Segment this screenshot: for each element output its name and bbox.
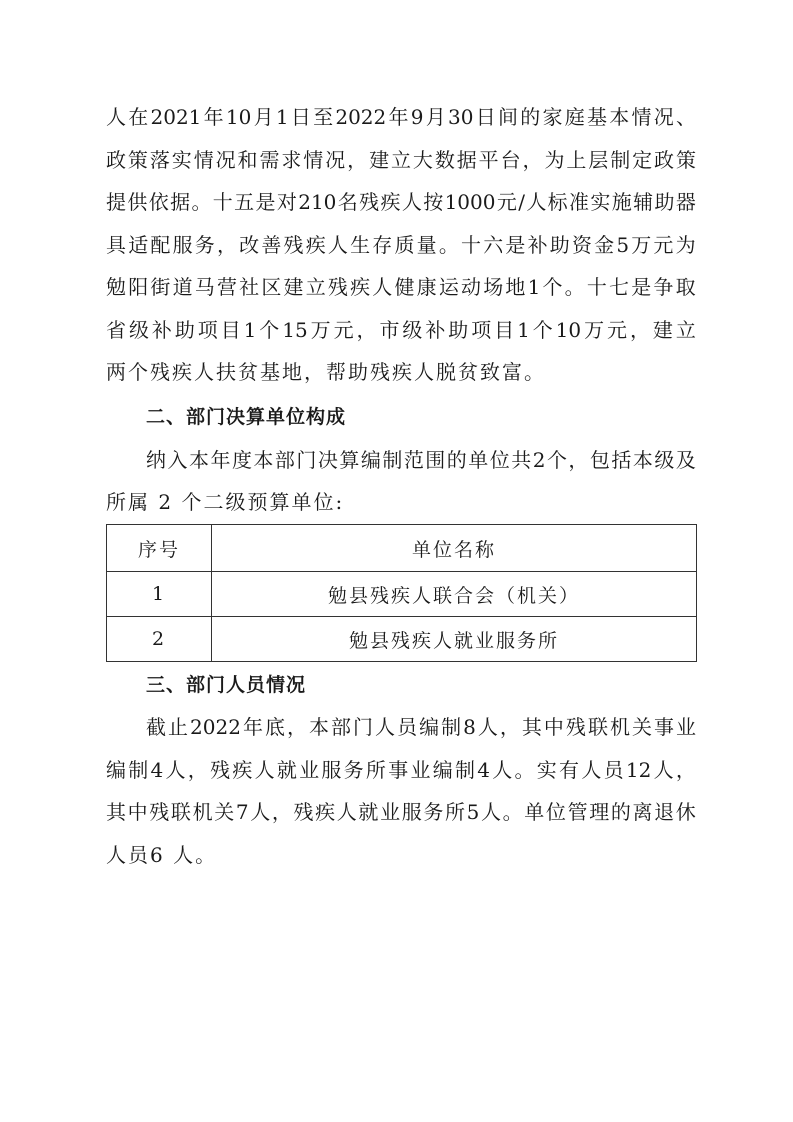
cell-unit-name: 勉县残疾人就业服务所: [212, 617, 697, 662]
paragraph-line: 两个残疾人扶贫基地，帮助残疾人脱贫致富。: [106, 359, 696, 385]
table-row: 1 勉县残疾人联合会（机关）: [107, 572, 697, 617]
paragraph-line: 截止2022年底，本部门人员编制8人，其中残联机关事业: [146, 714, 696, 740]
column-header-number: 序号: [107, 525, 212, 572]
paragraph-line: 政策落实情况和需求情况，建立大数据平台，为上层制定政策: [106, 147, 696, 173]
paragraph-line: 省级补助项目1个15万元，市级补助项目1个10万元，建立: [106, 317, 696, 343]
section-heading: 三、部门人员情况: [146, 672, 306, 698]
paragraph-line: 勉阳街道马营社区建立残疾人健康运动场地1个。十七是争取: [106, 274, 696, 300]
paragraph-line: 人员6 人。: [106, 842, 696, 868]
table-header-row: 序号 单位名称: [107, 525, 697, 572]
section-heading: 二、部门决算单位构成: [146, 404, 346, 430]
paragraph-line: 人在2021年10月1日至2022年9月30日间的家庭基本情况、: [106, 104, 696, 130]
units-table: 序号 单位名称 1 勉县残疾人联合会（机关） 2 勉县残疾人就业服务所: [106, 524, 697, 662]
table-row: 2 勉县残疾人就业服务所: [107, 617, 697, 662]
paragraph-line: 纳入本年度本部门决算编制范围的单位共2个，包括本级及: [146, 447, 696, 473]
paragraph-line: 其中残联机关7人，残疾人就业服务所5人。单位管理的离退休: [106, 799, 696, 825]
cell-number: 2: [107, 617, 212, 662]
cell-unit-name: 勉县残疾人联合会（机关）: [212, 572, 697, 617]
cell-number: 1: [107, 572, 212, 617]
paragraph-line: 编制4人，残疾人就业服务所事业编制4人。实有人员12人，: [106, 757, 696, 783]
paragraph-line: 所属 2 个二级预算单位:: [106, 489, 696, 515]
paragraph-line: 提供依据。十五是对210名残疾人按1000元/人标准实施辅助器: [106, 189, 696, 215]
paragraph-line: 具适配服务，改善残疾人生存质量。十六是补助资金5万元为: [106, 232, 696, 258]
column-header-unit-name: 单位名称: [212, 525, 697, 572]
